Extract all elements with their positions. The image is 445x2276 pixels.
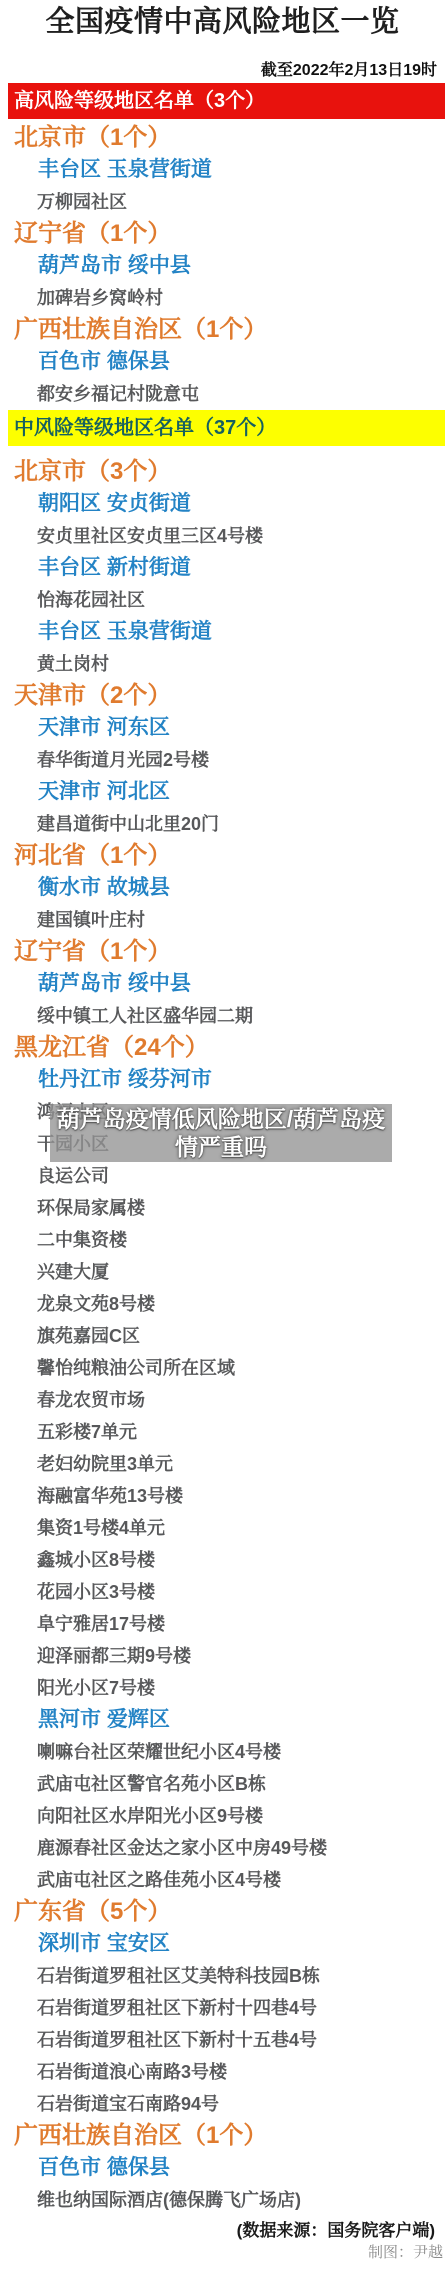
risk-level-banner-medium: 中风险等级地区名单（37个） [8, 410, 445, 446]
province-header: 辽宁省（1个） [0, 218, 445, 250]
place-item: 海融富华苑13号楼 [0, 1480, 445, 1512]
place-item: 良运公司 [0, 1160, 445, 1192]
city-header: 葫芦岛市 绥中县 [0, 250, 445, 282]
page-title: 全国疫情中高风险地区一览 [0, 0, 445, 38]
city-header: 黑河市 爱辉区 [0, 1704, 445, 1736]
place-item: 阜宁雅居17号楼 [0, 1608, 445, 1640]
risk-level-banner-high: 高风险等级地区名单（3个） [8, 83, 445, 119]
place-item: 迎泽丽都三期9号楼 [0, 1640, 445, 1672]
place-item: 黄土岗村 [0, 648, 445, 680]
place-item: 武庙屯社区警官名苑小区B栋 [0, 1768, 445, 1800]
province-header: 广西壮族自治区（1个） [0, 2120, 445, 2152]
city-header: 朝阳区 安贞街道 [0, 488, 445, 520]
province-header: 北京市（3个） [0, 456, 445, 488]
place-item: 怡海花园社区 [0, 584, 445, 616]
place-item: 向阳社区水岸阳光小区9号楼 [0, 1800, 445, 1832]
city-header: 天津市 河东区 [0, 712, 445, 744]
place-item: 武庙屯社区之路佳苑小区4号楼 [0, 1864, 445, 1896]
city-header: 牡丹江市 绥芬河市 [0, 1064, 445, 1096]
place-item: 都安乡福记村陇意屯 [0, 378, 445, 410]
place-item: 春龙农贸市场 [0, 1384, 445, 1416]
city-header: 丰台区 玉泉营街道 [0, 616, 445, 648]
province-header: 黑龙江省（24个） [0, 1032, 445, 1064]
watermark-line-2: 情严重吗 [50, 1133, 392, 1161]
place-item: 石岩街道宝石南路94号 [0, 2088, 445, 2120]
place-item: 维也纳国际酒店(德保腾飞广场店) [0, 2184, 445, 2216]
place-item: 环保局家属楼 [0, 1192, 445, 1224]
place-item: 绥中镇工人社区盛华园二期 [0, 1000, 445, 1032]
place-item: 集资1号楼4单元 [0, 1512, 445, 1544]
watermark-overlay: 葫芦岛疫情低风险地区/葫芦岛疫 情严重吗 [50, 1104, 392, 1162]
place-item: 鑫城小区8号楼 [0, 1544, 445, 1576]
place-item: 喇嘛台社区荣耀世纪小区4号楼 [0, 1736, 445, 1768]
place-item: 安贞里社区安贞里三区4号楼 [0, 520, 445, 552]
place-item: 五彩楼7单元 [0, 1416, 445, 1448]
province-header: 北京市（1个） [0, 122, 445, 154]
province-header: 广东省（5个） [0, 1896, 445, 1928]
city-header: 丰台区 新村街道 [0, 552, 445, 584]
watermark-line-1: 葫芦岛疫情低风险地区/葫芦岛疫 [50, 1105, 392, 1133]
province-header: 广西壮族自治区（1个） [0, 314, 445, 346]
as-of-date: 截至2022年2月13日19时 [0, 62, 445, 80]
city-header: 丰台区 玉泉营街道 [0, 154, 445, 186]
place-item: 老妇幼院里3单元 [0, 1448, 445, 1480]
place-item: 石岩街道罗租社区下新村十四巷4号 [0, 1992, 445, 2024]
place-item: 春华街道月光园2号楼 [0, 744, 445, 776]
place-item: 馨怡纯粮油公司所在区域 [0, 1352, 445, 1384]
place-item: 万柳园社区 [0, 186, 445, 218]
place-item: 鹿源春社区金达之家小区中房49号楼 [0, 1832, 445, 1864]
credit-line: 制图：尹越 [0, 2244, 445, 2261]
place-item: 建昌道街中山北里20门 [0, 808, 445, 840]
place-item: 二中集资楼 [0, 1224, 445, 1256]
city-header: 百色市 德保县 [0, 2152, 445, 2184]
city-header: 深圳市 宝安区 [0, 1928, 445, 1960]
province-header: 辽宁省（1个） [0, 936, 445, 968]
place-item: 石岩街道浪心南路3号楼 [0, 2056, 445, 2088]
place-item: 建国镇叶庄村 [0, 904, 445, 936]
place-item: 花园小区3号楼 [0, 1576, 445, 1608]
city-header: 天津市 河北区 [0, 776, 445, 808]
city-header: 衡水市 故城县 [0, 872, 445, 904]
city-header: 葫芦岛市 绥中县 [0, 968, 445, 1000]
place-item: 阳光小区7号楼 [0, 1672, 445, 1704]
data-source: (数据来源：国务院客户端) [0, 2221, 445, 2241]
province-header: 河北省（1个） [0, 840, 445, 872]
province-header: 天津市（2个） [0, 680, 445, 712]
place-item: 石岩街道罗租社区艾美特科技园B栋 [0, 1960, 445, 1992]
city-header: 百色市 德保县 [0, 346, 445, 378]
place-item: 石岩街道罗租社区下新村十五巷4号 [0, 2024, 445, 2056]
place-item: 龙泉文苑8号楼 [0, 1288, 445, 1320]
place-item: 加碑岩乡窝岭村 [0, 282, 445, 314]
place-item: 旗苑嘉园C区 [0, 1320, 445, 1352]
place-item: 兴建大厦 [0, 1256, 445, 1288]
